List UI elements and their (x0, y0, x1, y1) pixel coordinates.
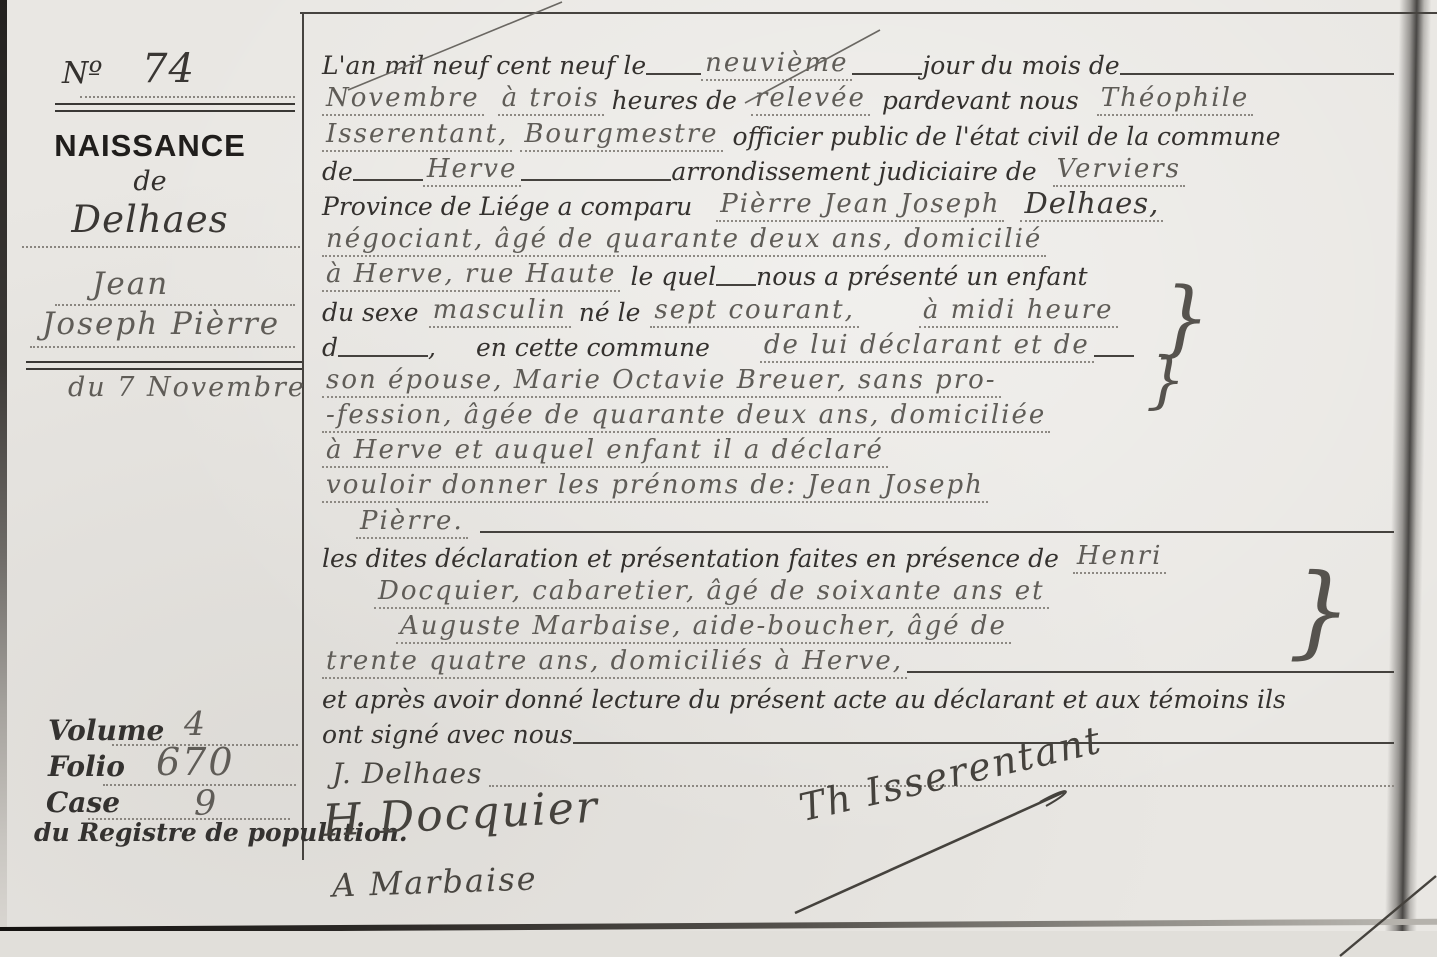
record-number-value: 74 (142, 46, 195, 92)
handwritten-text: Pièrre. (356, 508, 468, 539)
form-text: nous a présenté un enfant (756, 264, 1088, 289)
volume-value: 4 (184, 704, 207, 743)
signature-declarant: J. Delhaes (322, 757, 489, 792)
record-number-label: Nº (62, 56, 102, 91)
act-line: -fession, âgée de quarante deux ans, dom… (322, 398, 1394, 433)
act-line: ont signé avec nous (322, 715, 1394, 750)
top-rule (300, 12, 1437, 14)
birth-date-note: du 7 Novembre (68, 372, 306, 403)
act-line: trente quatre ans, domiciliés à Herve, (322, 644, 1394, 679)
handwritten-text: Docquier, cabaretier, âgé de soixante an… (374, 578, 1049, 609)
act-line: du sexemasculinné lesept courant,à midi … (322, 292, 1394, 327)
blank-line (1094, 355, 1134, 357)
handwritten-text: à midi heure (919, 297, 1118, 328)
handwritten-text: trente quatre ans, domiciliés à Herve, (322, 648, 907, 679)
child-surname: Delhaes (0, 198, 300, 241)
handwritten-text: Théophile (1097, 85, 1254, 116)
handwritten-text: vouloir donner les prénoms de: Jean Jose… (322, 472, 988, 503)
handwritten-text: sept courant, (650, 297, 858, 328)
act-line: Pièrre. (322, 503, 1394, 538)
handwritten-text: Novembre (322, 85, 484, 116)
folio-value: 670 (156, 740, 235, 784)
blank-line (646, 73, 701, 75)
handwritten-text: Pièrre Jean Joseph (716, 191, 1004, 222)
handwritten-text: Isserentant, (322, 121, 512, 152)
form-text: du sexe (322, 300, 419, 325)
form-text: jour du mois de (922, 53, 1119, 78)
scan-strip-bottom (0, 931, 1437, 957)
act-line: Province de Liége a comparuPièrre Jean J… (322, 187, 1394, 222)
child-given-name-1: Jean (92, 266, 169, 302)
handwritten-text: à Herve, rue Haute (322, 261, 620, 292)
handwritten-text: relevée (751, 85, 870, 116)
act-line: Novembreà troisheures derelevéepardevant… (322, 81, 1394, 116)
act-line: deHervearrondissement judiciaire deVervi… (322, 152, 1394, 187)
handwritten-text: Verviers (1053, 156, 1185, 187)
dotted-line (30, 346, 295, 348)
handwritten-text: masculin (429, 297, 571, 328)
dotted-line (22, 246, 300, 248)
margin-column: Nº 74 NAISSANCE de Delhaes Jean Joseph P… (0, 0, 300, 930)
form-text: en cette commune (476, 335, 710, 360)
act-type-heading: NAISSANCE (0, 128, 300, 164)
double-rule (55, 103, 295, 112)
blank-line (338, 355, 428, 357)
form-text: arrondissement judiciaire de (671, 159, 1036, 184)
handwritten-text: Delhaes, (1020, 189, 1163, 222)
form-text: les dites déclaration et présentation fa… (322, 546, 1059, 571)
double-rule (26, 361, 302, 370)
blank-line (1120, 73, 1394, 75)
handwritten-text: neuvième (701, 50, 852, 81)
handwritten-text: Herve (423, 156, 522, 187)
ink-brace-flourish: } (1288, 566, 1352, 656)
act-line: les dites déclaration et présentation fa… (322, 539, 1394, 574)
form-text: heures de (612, 88, 737, 113)
blank-line (907, 671, 1394, 673)
blank-line (353, 179, 423, 181)
form-text: né le (579, 300, 641, 325)
birth-record-page: Nº 74 NAISSANCE de Delhaes Jean Joseph P… (0, 0, 1437, 957)
signature-witness2: A Marbaise (331, 859, 538, 904)
handwritten-text: à trois (498, 85, 604, 116)
form-text: pardevant nous (882, 88, 1079, 113)
form-text: et après avoir donné lecture du présent … (322, 687, 1286, 712)
dotted-line (80, 96, 295, 98)
form-text: officier public de l'état civil de la co… (733, 124, 1281, 149)
form-text: , (428, 335, 436, 360)
form-text: Province de Liége a comparu (322, 194, 692, 219)
case-label: Case (46, 786, 120, 819)
handwritten-text: Auguste Marbaise, aide-boucher, âgé de (396, 613, 1011, 644)
act-line: à Herve, rue Hautele quelnous a présenté… (322, 257, 1394, 292)
handwritten-text: à Herve et auquel enfant il a déclaré (322, 437, 888, 468)
handwritten-text: son épouse, Marie Octavie Breuer, sans p… (322, 367, 1001, 398)
form-text: de (322, 159, 353, 184)
of-label: de (0, 166, 300, 197)
form-text: d (322, 335, 338, 360)
form-text: le quel (630, 264, 716, 289)
act-line: L'an mil neuf cent neuf leneuvièmejour d… (322, 46, 1394, 81)
act-line: négociant, âgé de quarante deux ans, dom… (322, 222, 1394, 257)
act-line: son épouse, Marie Octavie Breuer, sans p… (322, 363, 1394, 398)
folio-label: Folio (48, 750, 125, 783)
handwritten-text: de lui déclarant et de (760, 332, 1094, 363)
act-text-lines: L'an mil neuf cent neuf leneuvièmejour d… (322, 46, 1394, 750)
margin-divider-rule (302, 12, 304, 860)
form-text: ont signé avec nous (322, 722, 573, 747)
blank-line (852, 73, 922, 75)
handwritten-text: Henri (1073, 543, 1167, 574)
act-line: d,en cette communede lui déclarant et de (322, 328, 1394, 363)
child-given-name-2: Joseph Pièrre (42, 306, 280, 342)
blank-line (480, 531, 1394, 533)
act-line: et après avoir donné lecture du présent … (322, 679, 1394, 714)
volume-label: Volume (48, 714, 164, 747)
form-text: L'an mil neuf cent neuf le (322, 53, 646, 78)
handwritten-text: Bourgmestre (520, 121, 722, 152)
handwritten-text: -fession, âgée de quarante deux ans, dom… (322, 402, 1050, 433)
handwritten-text: négociant, âgé de quarante deux ans, dom… (322, 226, 1046, 257)
ink-brace-flourish: } (1146, 352, 1185, 408)
blank-line (716, 284, 756, 286)
act-line: Docquier, cabaretier, âgé de soixante an… (322, 574, 1394, 609)
act-line: vouloir donner les prénoms de: Jean Jose… (322, 468, 1394, 503)
blank-line (521, 179, 671, 181)
signature-witness1: H Docquier (321, 781, 600, 846)
act-line: Auguste Marbaise, aide-boucher, âgé de (322, 609, 1394, 644)
act-line: Isserentant,Bourgmestreofficier public d… (322, 116, 1394, 151)
act-line: à Herve et auquel enfant il a déclaré (322, 433, 1394, 468)
